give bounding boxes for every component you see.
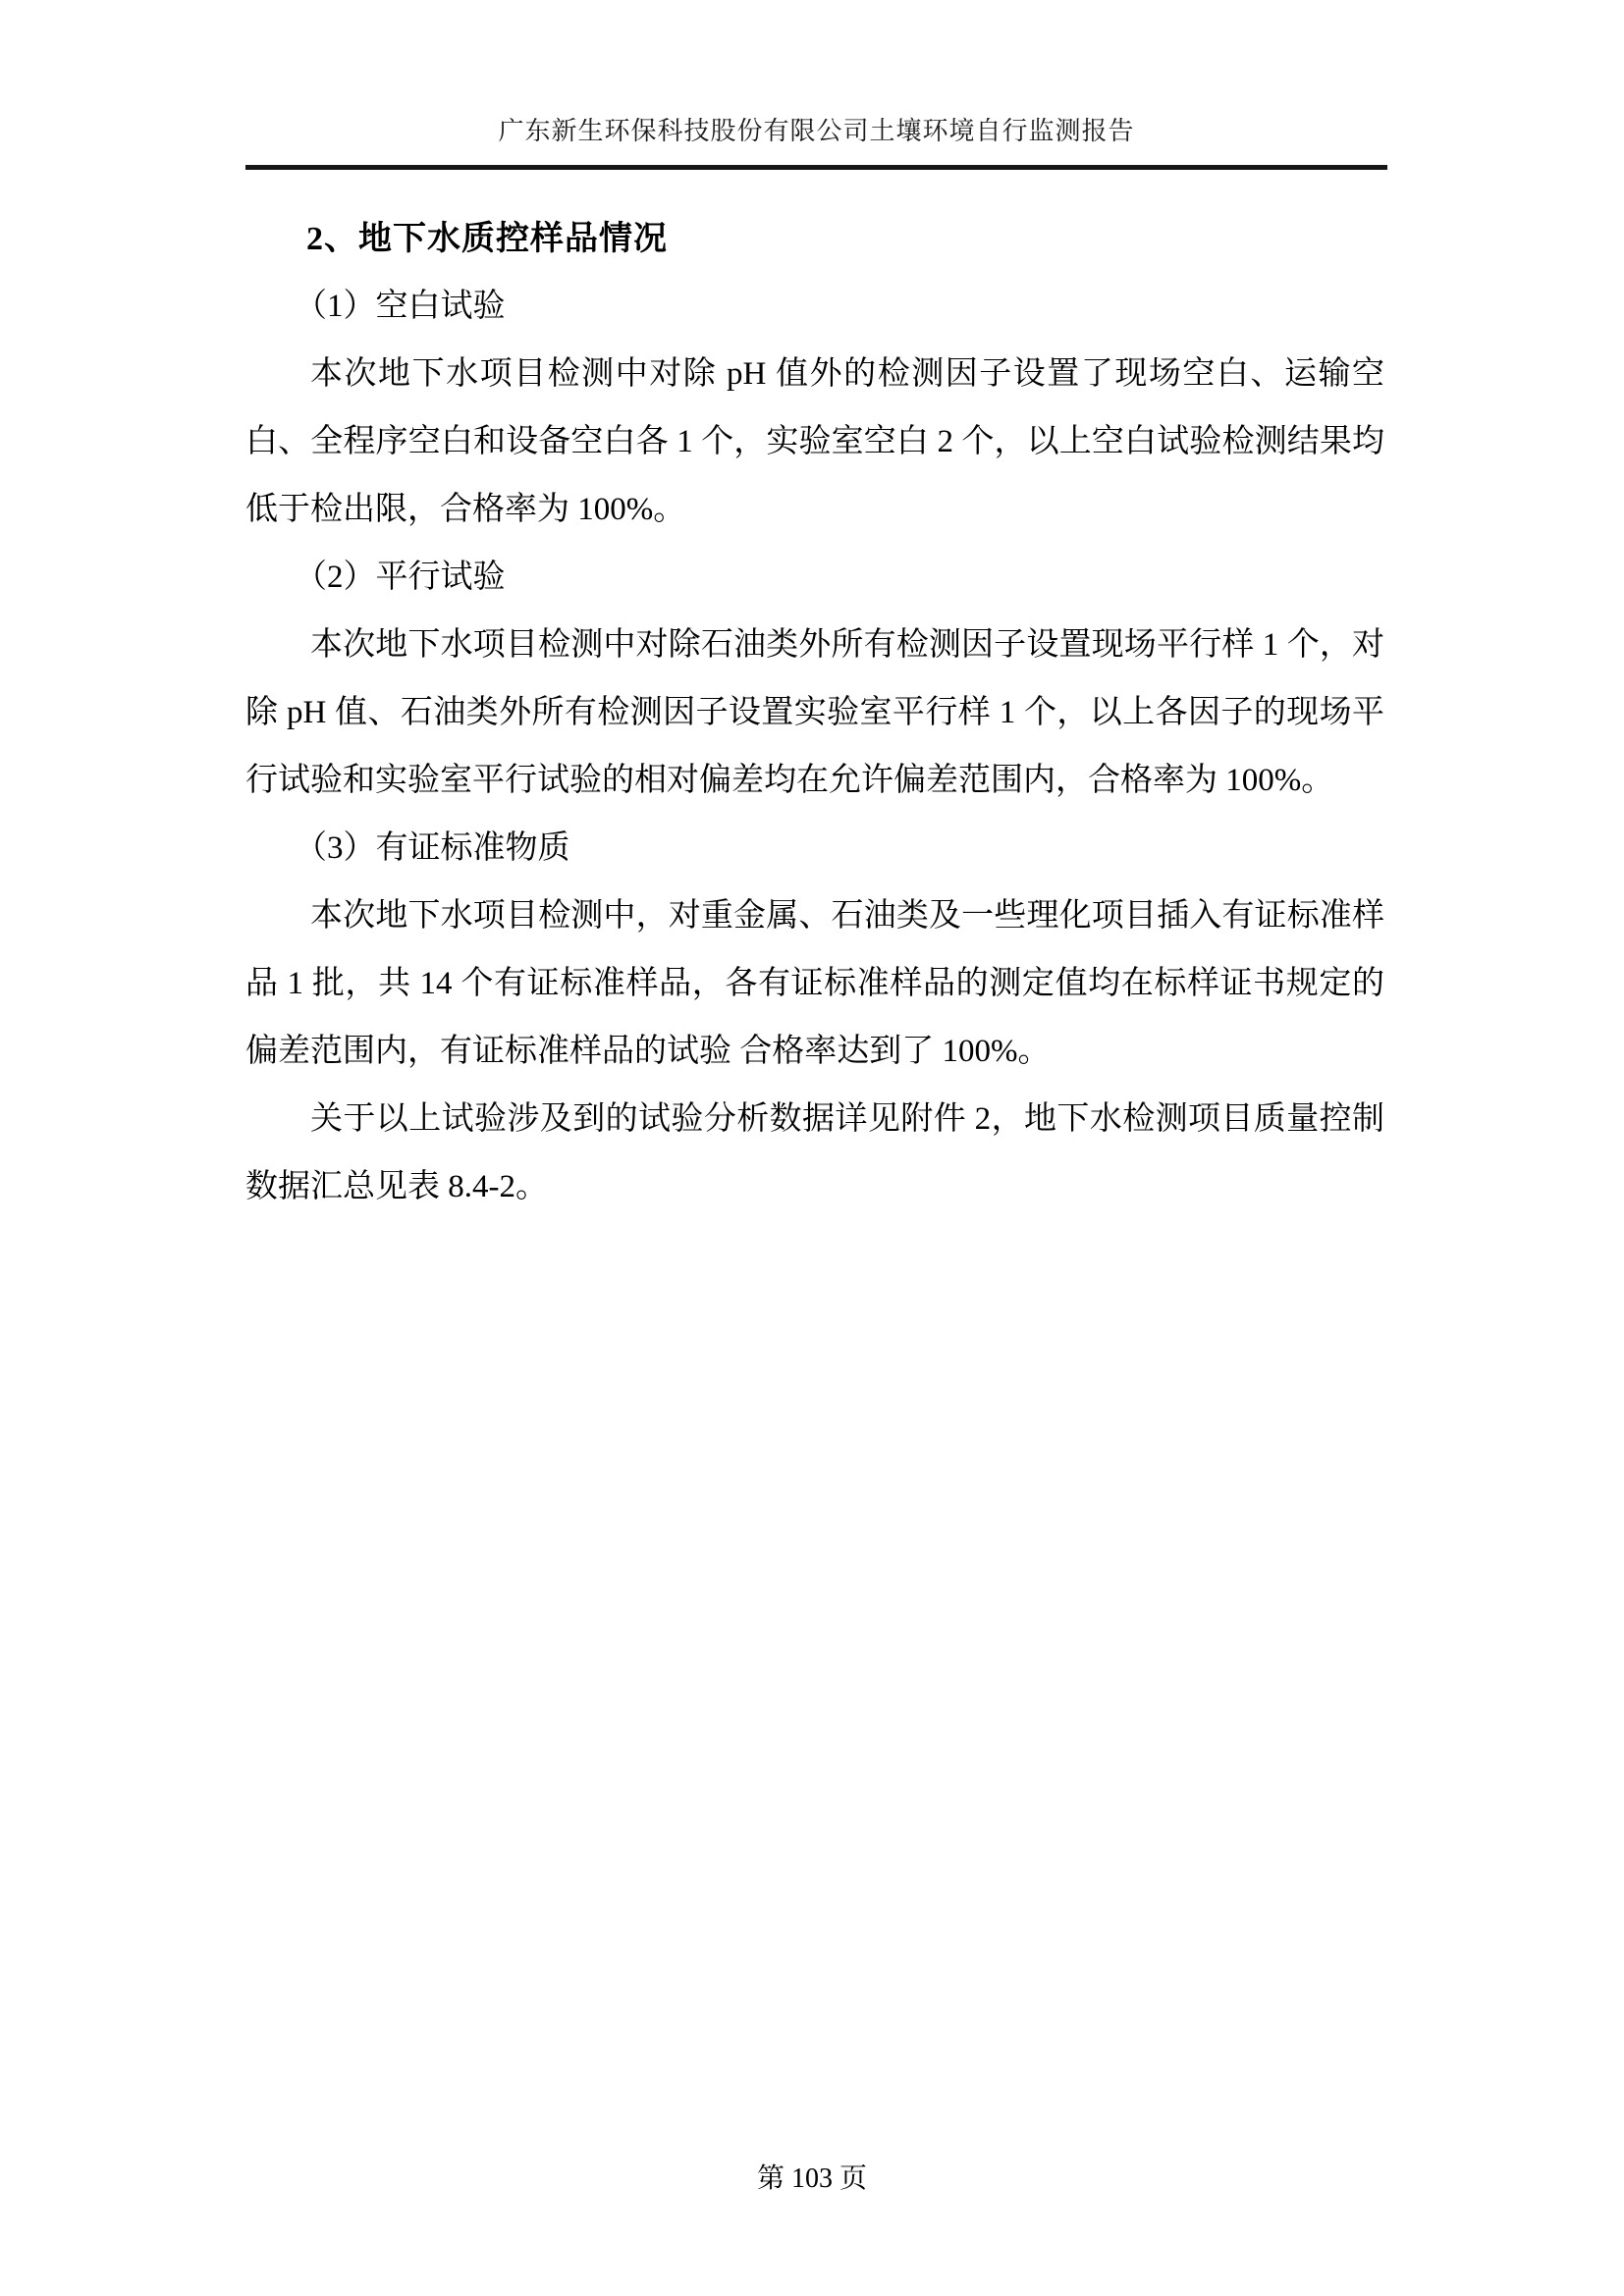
document-page: 广东新生环保科技股份有限公司土壤环境自行监测报告 2、地下水质控样品情况 （1）…: [0, 0, 1624, 2296]
closing-paragraph: 关于以上试验涉及到的试验分析数据详见附件 2，地下水检测项目质量控制数据汇总见表…: [245, 1086, 1384, 1221]
subsection-1-title: （1）空白试验: [245, 273, 1384, 341]
subsection-3-title: （3）有证标准物质: [245, 815, 1384, 882]
header-title: 广东新生环保科技股份有限公司土壤环境自行监测报告: [245, 116, 1387, 147]
page-header: 广东新生环保科技股份有限公司土壤环境自行监测报告: [245, 116, 1387, 170]
document-body: 2、地下水质控样品情况 （1）空白试验 本次地下水项目检测中对除 pH 值外的检…: [245, 205, 1384, 1221]
section-heading: 2、地下水质控样品情况: [245, 205, 1384, 273]
page-footer: 第 103 页: [0, 2163, 1624, 2196]
subsection-2-title: （2）平行试验: [245, 544, 1384, 612]
header-rule: [245, 165, 1387, 170]
subsection-1-paragraph: 本次地下水项目检测中对除 pH 值外的检测因子设置了现场空白、运输空白、全程序空…: [245, 341, 1384, 544]
subsection-2-paragraph: 本次地下水项目检测中对除石油类外所有检测因子设置现场平行样 1 个，对除 pH …: [245, 612, 1384, 815]
page-number: 第 103 页: [757, 2163, 867, 2194]
subsection-3-paragraph: 本次地下水项目检测中，对重金属、石油类及一些理化项目插入有证标准样品 1 批，共…: [245, 882, 1384, 1086]
